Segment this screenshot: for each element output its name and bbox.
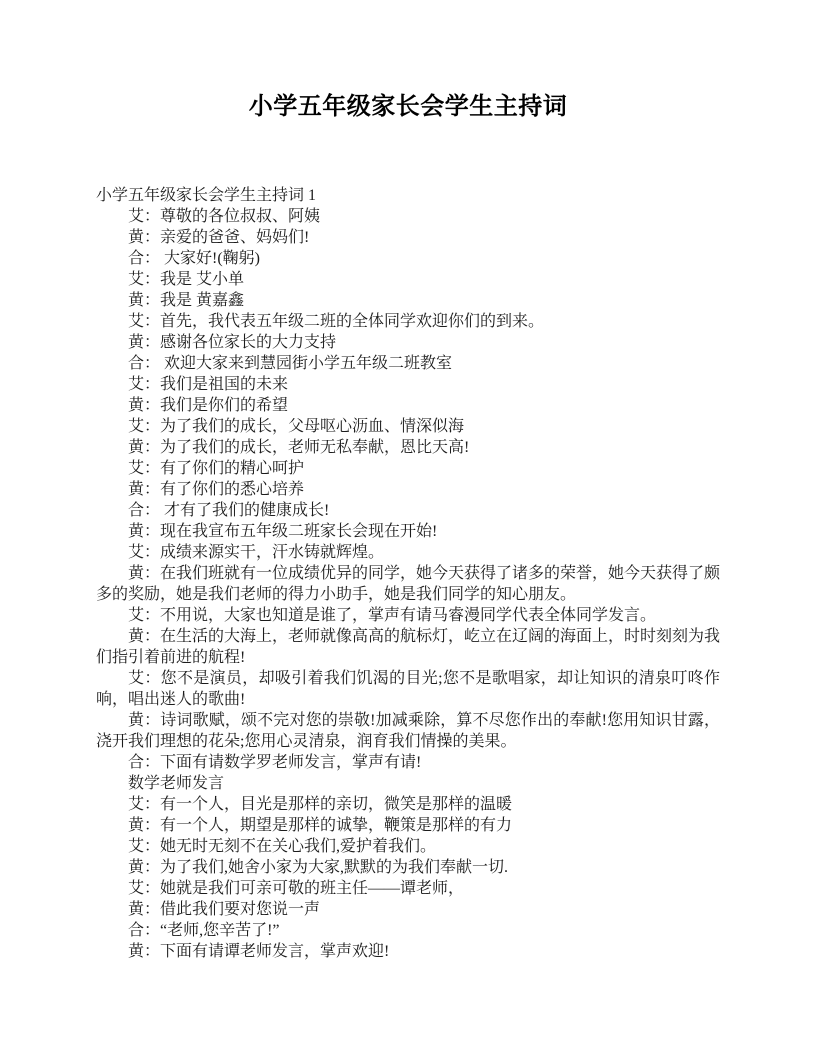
script-line: 合：下面有请数学罗老师发言，掌声有请! [96, 752, 720, 773]
script-line: 艾：尊敬的各位叔叔、阿姨 [96, 206, 720, 227]
script-line: 黄：有了你们的悉心培养 [96, 479, 720, 500]
script-line: 艾：不用说，大家也知道是谁了，掌声有请马睿漫同学代表全体同学发言。 [96, 605, 720, 626]
document-title: 小学五年级家长会学生主持词 [0, 0, 816, 122]
script-line: 黄：有一个人，期望是那样的诚挚，鞭策是那样的有力 [96, 815, 720, 836]
script-line: 黄：我们是你们的希望 [96, 395, 720, 416]
document-body: 小学五年级家长会学生主持词 1 艾：尊敬的各位叔叔、阿姨 黄：亲爱的爸爸、妈妈们… [96, 185, 720, 962]
script-line: 合： 才有了我们的健康成长! [96, 500, 720, 521]
script-line: 艾：成绩来源实干，汗水铸就辉煌。 [96, 542, 720, 563]
script-line: 合： 大家好!(鞠躬) [96, 248, 720, 269]
script-line: 黄：为了我们,她舍小家为大家,默默的为我们奉献一切. [96, 857, 720, 878]
script-line: 艾：有一个人，目光是那样的亲切，微笑是那样的温暖 [96, 794, 720, 815]
script-line: 合： 欢迎大家来到慧园街小学五年级二班教室 [96, 353, 720, 374]
script-line: 黄：在生活的大海上，老师就像高高的航标灯，屹立在辽阔的海面上，时时刻刻为我们指引… [96, 626, 720, 668]
document-page: 小学五年级家长会学生主持词 小学五年级家长会学生主持词 1 艾：尊敬的各位叔叔、… [0, 0, 816, 1056]
script-line: 艾：为了我们的成长，父母呕心沥血、情深似海 [96, 416, 720, 437]
script-line: 黄：诗词歌赋，颂不完对您的崇敬!加减乘除，算不尽您作出的奉献!您用知识甘露，浇开… [96, 710, 720, 752]
script-line: 黄：在我们班就有一位成绩优异的同学，她今天获得了诸多的荣誉，她今天获得了颇多的奖… [96, 563, 720, 605]
script-line: 艾：我们是祖国的未来 [96, 374, 720, 395]
script-line: 黄：下面有请谭老师发言，掌声欢迎! [96, 941, 720, 962]
script-line: 合：“老师,您辛苦了!” [96, 920, 720, 941]
section-label-line: 数学老师发言 [96, 773, 720, 794]
doc-subtitle-line: 小学五年级家长会学生主持词 1 [96, 185, 720, 206]
script-line: 黄：为了我们的成长，老师无私奉献，恩比天高! [96, 437, 720, 458]
script-line: 黄：感谢各位家长的大力支持 [96, 332, 720, 353]
script-line: 黄：亲爱的爸爸、妈妈们! [96, 227, 720, 248]
script-line: 艾：她就是我们可亲可敬的班主任——谭老师， [96, 878, 720, 899]
script-line: 艾：我是 艾小单 [96, 269, 720, 290]
script-line: 黄：现在我宣布五年级二班家长会现在开始! [96, 521, 720, 542]
script-line: 艾：她无时无刻不在关心我们,爱护着我们。 [96, 836, 720, 857]
script-line: 艾：有了你们的精心呵护 [96, 458, 720, 479]
script-line: 艾：首先，我代表五年级二班的全体同学欢迎你们的到来。 [96, 311, 720, 332]
script-line: 艾：您不是演员，却吸引着我们饥渴的目光;您不是歌唱家，却让知识的清泉叮咚作响，唱… [96, 668, 720, 710]
script-line: 黄：我是 黄嘉鑫 [96, 290, 720, 311]
script-line: 黄：借此我们要对您说一声 [96, 899, 720, 920]
